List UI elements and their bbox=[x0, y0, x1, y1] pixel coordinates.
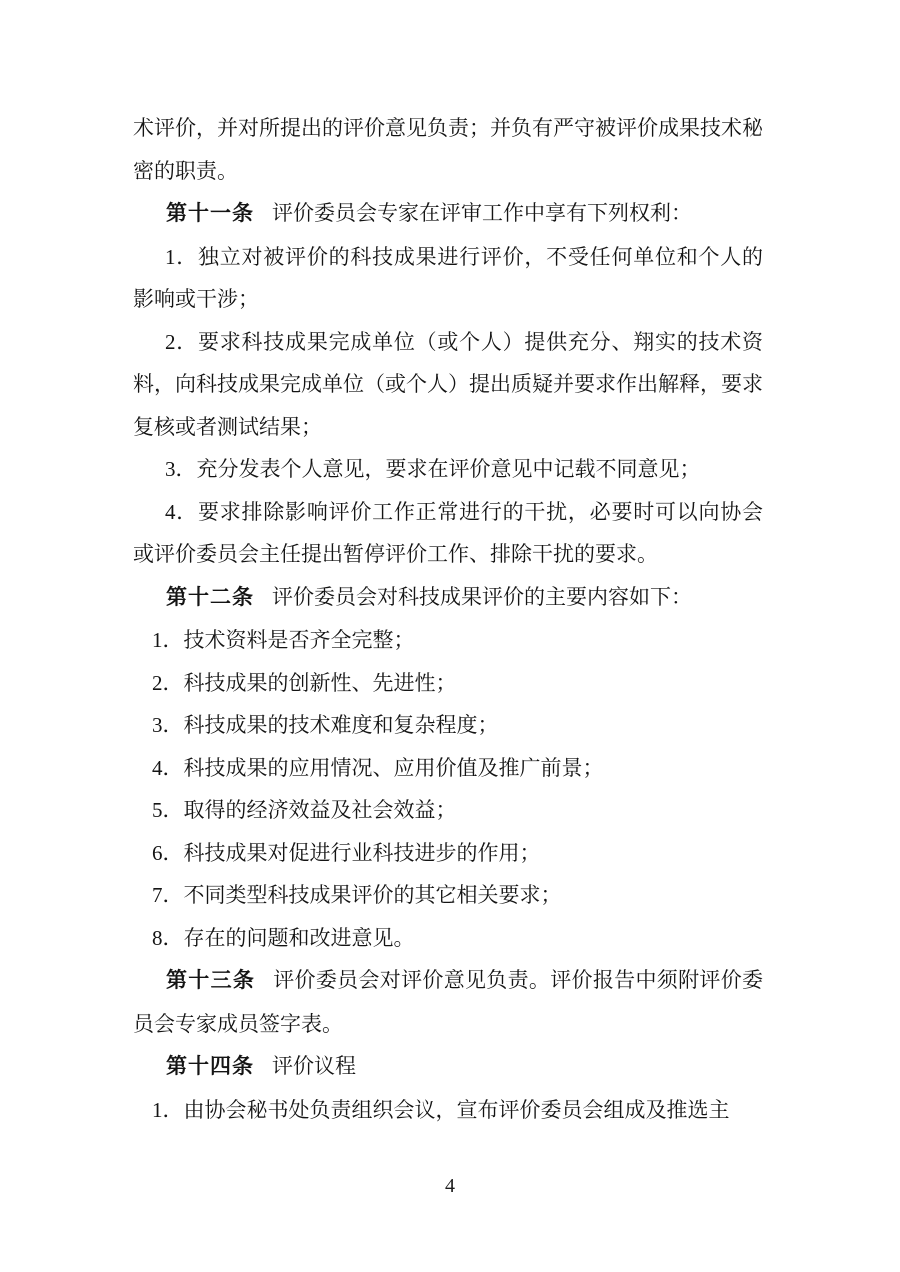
list-item: 1．技术资料是否齐全完整； bbox=[133, 619, 763, 662]
paragraph-continuation: 术评价，并对所提出的评价意见负责；并负有严守被评价成果技术秘密的职责。 bbox=[133, 107, 763, 192]
list-item: 7．不同类型科技成果评价的其它相关要求； bbox=[133, 874, 763, 917]
article-text: 评价委员会专家在评审工作中享有下列权利： bbox=[272, 201, 692, 225]
article-heading-13: 第十三条评价委员会对评价意见负责。评价报告中须附评价委员会专家成员签字表。 bbox=[133, 959, 763, 1045]
page-number: 4 bbox=[0, 1174, 900, 1198]
article-heading-12: 第十二条评价委员会对科技成果评价的主要内容如下： bbox=[133, 576, 763, 620]
article-text: 评价委员会对科技成果评价的主要内容如下： bbox=[272, 585, 692, 609]
list-item: 4．科技成果的应用情况、应用价值及推广前景； bbox=[133, 747, 763, 790]
article-heading-11: 第十一条评价委员会专家在评审工作中享有下列权利： bbox=[133, 192, 763, 236]
list-item: 1．由协会秘书处负责组织会议，宣布评价委员会组成及推选主 bbox=[133, 1089, 763, 1132]
list-item: 2．要求科技成果完成单位（或个人）提供充分、翔实的技术资料，向科技成果完成单位（… bbox=[133, 321, 763, 449]
list-item: 5．取得的经济效益及社会效益； bbox=[133, 789, 763, 832]
list-item: 4．要求排除影响评价工作正常进行的干扰，必要时可以向协会或评价委员会主任提出暂停… bbox=[133, 491, 763, 576]
list-item: 3．充分发表个人意见，要求在评价意见中记载不同意见； bbox=[133, 448, 763, 491]
list-item: 2．科技成果的创新性、先进性； bbox=[133, 662, 763, 705]
list-item: 1．独立对被评价的科技成果进行评价，不受任何单位和个人的影响或干涉； bbox=[133, 236, 763, 321]
document-body: 术评价，并对所提出的评价意见负责；并负有严守被评价成果技术秘密的职责。 第十一条… bbox=[133, 107, 763, 1131]
list-item: 3．科技成果的技术难度和复杂程度； bbox=[133, 704, 763, 747]
article-text: 评价议程 bbox=[272, 1054, 356, 1078]
document-page: 术评价，并对所提出的评价意见负责；并负有严守被评价成果技术秘密的职责。 第十一条… bbox=[0, 0, 900, 1272]
article-number: 第十三条 bbox=[166, 969, 255, 992]
article-number: 第十一条 bbox=[166, 202, 254, 225]
list-item: 6．科技成果对促进行业科技进步的作用； bbox=[133, 832, 763, 875]
list-item: 8．存在的问题和改进意见。 bbox=[133, 917, 763, 960]
article-number: 第十四条 bbox=[166, 1055, 254, 1078]
article-number: 第十二条 bbox=[166, 586, 254, 609]
article-heading-14: 第十四条评价议程 bbox=[133, 1045, 763, 1089]
